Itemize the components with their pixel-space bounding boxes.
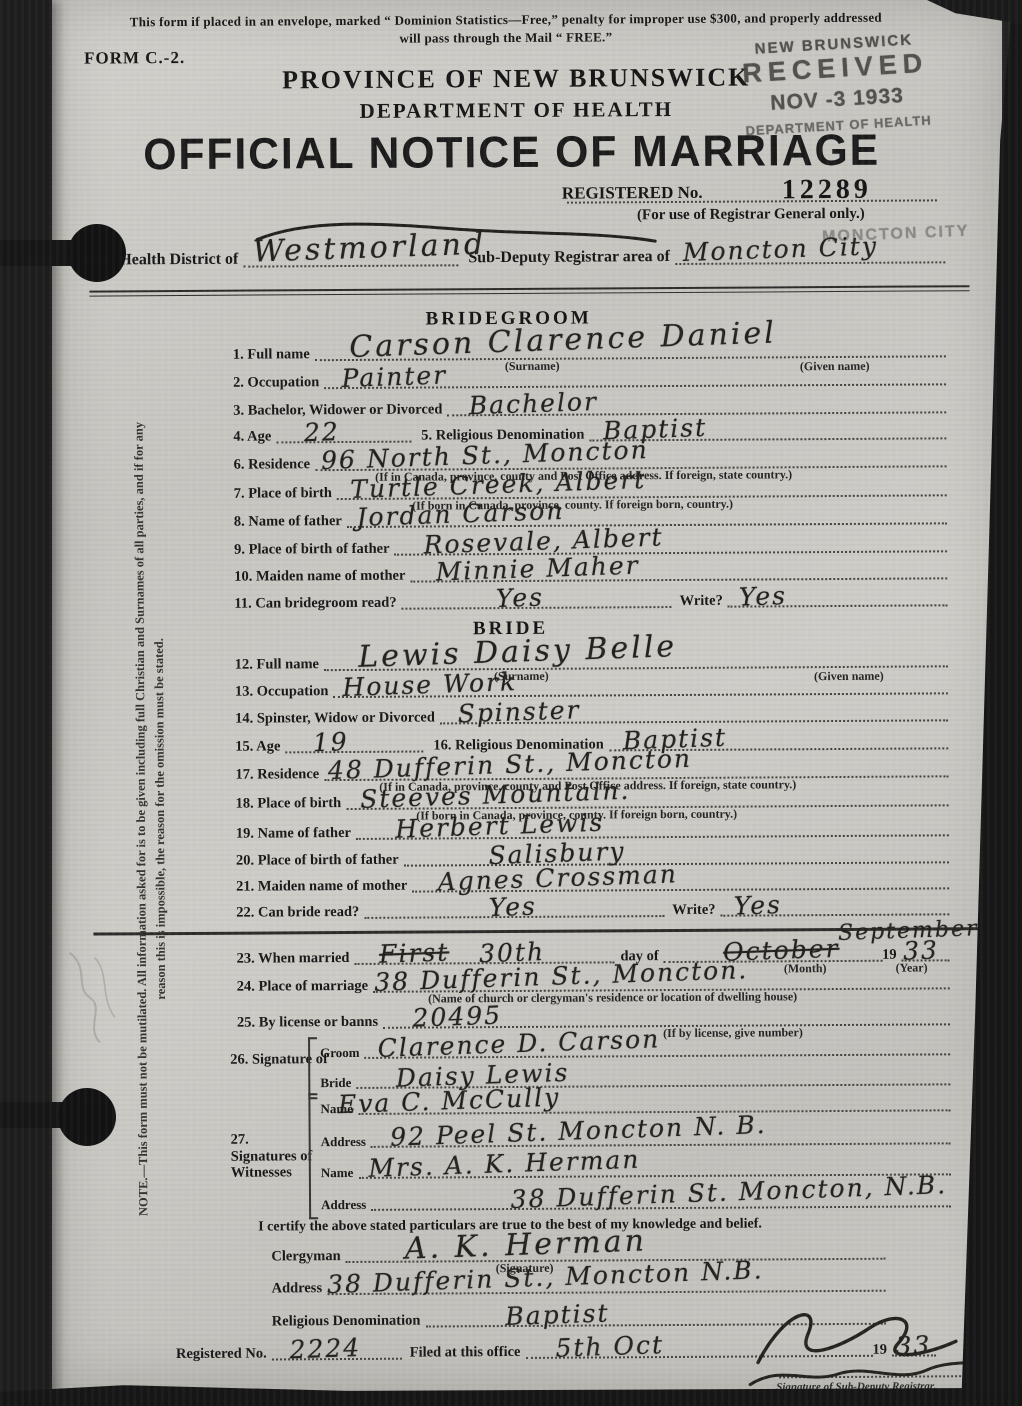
year-prefix: 19 [882, 947, 902, 962]
dotted-line: Yes [728, 578, 948, 607]
dotted-line: Eva C. McCully [358, 1083, 951, 1115]
handwritten-value: Spinster [457, 695, 581, 728]
field-license: 25. By license or banns 20495 (If by lic… [237, 999, 950, 1029]
field-br-birthplace: 18. Place of birth Steeves Mountain. (If… [235, 780, 948, 810]
clergyman-label: Clergyman [271, 1249, 345, 1264]
dotted-line: Painter [324, 357, 946, 389]
dotted-line: 2224 [272, 1332, 402, 1361]
dotted-line: 38 Dufferin St., Moncton. (Name of churc… [373, 961, 950, 993]
field-label: 7. Place of birth [234, 486, 337, 501]
dotted-line: 48 Dufferin St., Moncton (If in Canada, … [324, 749, 948, 781]
field-label: 14. Spinster, Widow or Divorced [235, 710, 440, 726]
dotted-line: Spinster [440, 693, 948, 724]
pen-flourish [247, 211, 667, 254]
handwritten-value: Yes [739, 581, 788, 612]
field-label: 2. Occupation [233, 375, 324, 390]
scan-edge-left [0, 0, 52, 1406]
witness1-address: 92 Peel St. Moncton N. B. [390, 1110, 767, 1152]
field-label: 9. Place of birth of father [234, 541, 395, 556]
field-label: 6. Residence [233, 457, 315, 472]
field-bg-literacy: 11. Can bridegroom read? Yes Write? Yes [234, 580, 947, 610]
bracket [308, 1037, 317, 1099]
field-place-of-marriage: 24. Place of marriage 38 Dufferin St., M… [237, 963, 950, 993]
handwritten-value: Painter [341, 360, 447, 393]
field-label: 25. By license or banns [237, 1014, 383, 1029]
groom-label: Groom [320, 1046, 365, 1059]
scanned-document: This form if placed in an envelope, mark… [0, 0, 1022, 1406]
handwritten-value: Yes [496, 582, 545, 613]
form-content: This form if placed in an envelope, mark… [0, 0, 1022, 1406]
dotted-line: 19 [285, 725, 423, 754]
punch-hole-top [68, 224, 126, 282]
field-clergyman: Clergyman A. K. Herman (Signature) [271, 1234, 885, 1264]
religion-label: Religious Denomination [272, 1313, 426, 1328]
punch-hole-bottom [58, 1088, 116, 1146]
field-label: 19. Name of father [236, 825, 356, 840]
field-label: 12. Full name [235, 657, 324, 672]
received-stamp: NEW BRUNSWICK RECEIVED NOV -3 1933 DEPAR… [729, 30, 944, 139]
form-number: FORM C.-2. [84, 48, 185, 69]
address-label: Address [272, 1281, 328, 1296]
health-district-label: Health District of [119, 252, 243, 269]
dotted-line: Yes [401, 580, 671, 610]
dotted-line: Clarence D. Carson [364, 1027, 950, 1059]
field-label: 24. Place of marriage [237, 978, 373, 993]
address-label: Address [321, 1135, 371, 1148]
field-witness1-address: Address 92 Peel St. Moncton N. B. [321, 1118, 951, 1148]
dotted-line: 92 Peel St. Moncton N. B. [371, 1116, 951, 1148]
field-br-literacy: 22. Can bride read? Yes Write? Yes [236, 889, 949, 919]
handwritten-value: Yes [734, 890, 783, 921]
groom-signature: Clarence D. Carson [378, 1024, 661, 1063]
field-label: 10. Maiden name of mother [234, 568, 410, 584]
filed-value: 5th Oct [555, 1330, 664, 1363]
field-label: 4. Age [233, 429, 276, 444]
field-label: 13. Occupation [235, 684, 334, 699]
dotted-line: Moncton City [675, 233, 945, 265]
field-label: 23. When married [237, 950, 355, 965]
handwritten-value: Yes [488, 892, 537, 923]
field-label: 11. Can bridegroom read? [234, 595, 401, 611]
witness1-signature: Eva C. McCully [337, 1083, 560, 1120]
dotted-line: 20495 (If by license, give number) [383, 997, 950, 1028]
write-label: Write? [672, 593, 728, 608]
handwritten-value: 20495 [412, 1001, 502, 1033]
dotted-line: 38 Dufferin St. Moncton, N.B. [371, 1179, 951, 1211]
field-label: 22. Can bride read? [236, 904, 364, 919]
side-note: NOTE.—This form must not be mutilated. A… [130, 419, 172, 1219]
field-label: 17. Residence [235, 767, 324, 782]
dotted-line: Carson Clarence Daniel (Surname) (Given … [315, 329, 946, 361]
registrar-general-note: (For use of Registrar General only.) [637, 206, 865, 224]
page-title: OFFICIAL NOTICE OF MARRIAGE [119, 126, 905, 181]
registered-value: 2224 [289, 1333, 362, 1364]
field-label: 20. Place of birth of father [236, 852, 404, 868]
dotted-line: Steeves Mountain. (If born in Canada, pr… [346, 778, 949, 810]
bracket [308, 1093, 318, 1219]
dotted-line: Yes [364, 889, 664, 919]
address-label: Address [321, 1198, 371, 1211]
witnesses-label: 27. Signatures of Witnesses [231, 1131, 313, 1182]
filed-label: Filed at this office [402, 1344, 526, 1359]
field-label: 18. Place of birth [236, 796, 347, 811]
dotted-line: A. K. Herman (Signature) [346, 1232, 886, 1263]
bride-label: Bride [320, 1076, 356, 1089]
dotted-line: Yes [720, 887, 949, 916]
clergyman-religion: Baptist [504, 1299, 609, 1332]
dotted-line: 33 (Year) [901, 933, 949, 961]
sub-deputy-value: Moncton City [682, 231, 878, 267]
dotted-line: Turtle Creek, Albert (If born in Canada,… [337, 468, 947, 500]
field-groom-signature: Groom Clarence D. Carson [320, 1029, 950, 1059]
field-label: 8. Name of father [234, 513, 347, 528]
field-label: 15. Age [235, 739, 285, 754]
dotted-line: 22 [276, 415, 411, 444]
field-witness2-address: Address 38 Dufferin St. Moncton, N.B. [321, 1181, 951, 1211]
pencil-marks [59, 942, 130, 1062]
write-label: Write? [664, 902, 720, 917]
registered-label: Registered No. [176, 1346, 272, 1361]
field-witness1-name: Name Eva C. McCully [320, 1085, 950, 1115]
registered-no-value: 12289 [782, 174, 872, 207]
witness2-signature: Mrs. A. K. Herman [367, 1145, 640, 1183]
field-label: 1. Full name [233, 347, 315, 362]
name-label: Name [321, 1166, 359, 1179]
